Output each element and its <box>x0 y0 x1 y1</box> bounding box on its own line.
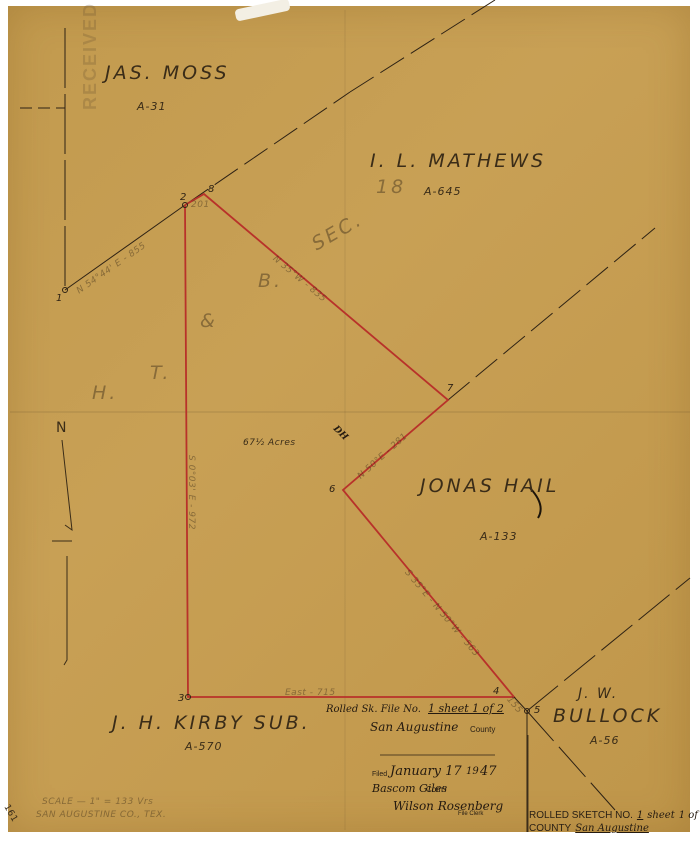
mathews-hail-boundary <box>448 228 655 400</box>
point-6: 6 <box>329 484 335 495</box>
line-1-2 <box>65 205 185 290</box>
county-note: SAN AUGUSTINE CO., TEX. <box>36 810 166 820</box>
clerk-label: File Clerk <box>458 811 483 817</box>
tract-jw-bullock-abstract: A-56 <box>590 734 620 747</box>
stamp-county-value: San Augustine <box>575 823 649 834</box>
htcb-letter-h: H. <box>92 382 118 404</box>
rolled-file-value: 1 sheet 1 of 2 <box>428 702 504 715</box>
scale-note: SCALE — 1" = 133 Vrs <box>42 797 153 807</box>
filed-date: January 17 <box>390 764 462 779</box>
rolled-file-label: Rolled Sk. File No. <box>326 704 421 715</box>
received-stamp: RECEIVED <box>80 2 101 110</box>
tract-jonas-hail-name: JONAS HAIL <box>420 475 559 497</box>
htcb-letter-t: T. <box>150 362 171 384</box>
point-5: 5 <box>534 705 540 716</box>
tract-jonas-hail-abstract: A-133 <box>480 530 518 543</box>
county-stamp: COUNTY San Augustine <box>529 818 649 836</box>
point-3: 3 <box>178 693 184 704</box>
tract-jas-moss-abstract: A-31 <box>137 100 167 113</box>
survey-boundary <box>185 194 514 697</box>
commissioner-label: Com'r <box>426 785 447 794</box>
clerk-signature: Wilson Rosenberg <box>393 799 503 813</box>
call-line-2-8: 201 <box>191 200 210 210</box>
call-line-3-2: S 0°03' E - 972 <box>186 455 196 530</box>
point-2: 2 <box>180 192 186 203</box>
filed-year-prefix: 19 <box>466 766 479 777</box>
call-line-3-4: East - 715 <box>285 688 336 698</box>
tract-jh-kirby-name: J. H. KIRBY SUB. <box>112 712 311 734</box>
point-8: 8 <box>208 184 214 195</box>
tract-il-mathews-name: I. L. MATHEWS <box>370 150 546 172</box>
sheet-value: 1 of 2 <box>679 810 700 821</box>
point-7: 7 <box>447 383 453 394</box>
tract-jas-moss-name: JAS. MOSS <box>105 62 230 84</box>
point-1: 1 <box>56 293 62 304</box>
north-label: N <box>56 420 68 436</box>
tract-jw-bullock-initials: J. W. <box>578 686 618 702</box>
acreage-label: 67½ Acres <box>243 438 296 448</box>
point-4: 4 <box>493 686 499 697</box>
filing-county-label: County <box>470 725 495 734</box>
north-arrow-icon <box>62 440 72 530</box>
filing-county-value: San Augustine <box>370 720 458 734</box>
filed-label: Filed <box>372 771 387 778</box>
filed-year: 47 <box>480 764 497 779</box>
sheet-label: sheet <box>647 810 674 821</box>
stamp-county-label: COUNTY <box>529 823 571 834</box>
htcb-letter-and: & <box>200 310 218 332</box>
tract-jh-kirby-abstract: A-570 <box>185 740 223 753</box>
section-mark: 18 <box>376 176 406 198</box>
tract-il-mathews-abstract: A-645 <box>424 185 462 198</box>
tract-jw-bullock-name: BULLOCK <box>553 705 662 727</box>
htcb-letter-b: B. <box>258 270 283 292</box>
